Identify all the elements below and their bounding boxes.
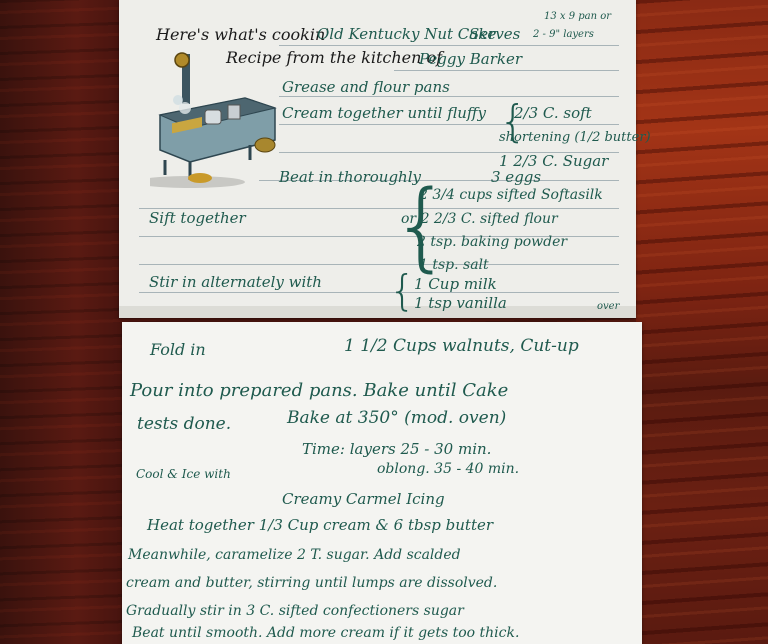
rule-line [139,292,619,293]
ingredient: 2/3 C. soft [514,106,592,121]
continued-note: over [597,302,619,312]
wood-table-right [636,0,768,644]
ingredient: 1 tsp vanilla [414,296,507,311]
step-text: Gradually stir in 3 C. sifted confection… [126,604,464,618]
pan-note: 13 x 9 pan or [544,12,611,22]
step-text: Time: layers 25 - 30 min. [302,442,491,457]
step-text: cream and butter, stirring until lumps a… [126,576,497,590]
step-text: tests done. [137,416,231,433]
step-instruction: Stir in alternately with [149,275,322,290]
cooking-label: Here's what's cookin' [156,27,330,43]
ingredient: shortening (1/2 butter) [499,131,651,144]
serves-label: Serves [469,27,520,42]
ingredient: 2 3/4 cups sifted Softasilk [419,188,603,202]
step-text: Meanwhile, caramelize 2 T. sugar. Add sc… [128,548,461,562]
kitchen-name: Peggy Barker [419,52,522,67]
icing-title: Creamy Carmel Icing [282,492,445,507]
step-instruction: Sift together [149,211,246,226]
rule-line [279,124,619,125]
ingredient: 1 2/3 C. Sugar [499,154,608,169]
step-text: Heat together 1/3 Cup cream & 6 tbsp but… [147,518,493,533]
rule-line [394,70,619,71]
serves-value: 2 - 9" layers [533,30,594,40]
ingredient: 3 eggs [491,170,541,185]
recipe-card-back: Fold in 1 1/2 Cups walnuts, Cut-up Pour … [122,322,642,644]
rule-line [279,45,619,46]
ingredient: 2 tsp. baking powder [417,235,567,249]
brace: { [389,266,416,315]
ingredient: 1 Cup milk [414,277,497,292]
step-instruction: Cream together until fluffy [282,106,486,121]
card-edge [119,306,636,318]
ingredient: 1 tsp. salt [419,258,489,272]
ingredient: or 2 2/3 C. sifted flour [401,212,558,226]
step-text: Beat until smooth. Add more cream if it … [132,626,519,640]
step-text: Fold in [150,342,206,358]
step-instruction: Grease and flour pans [282,80,450,95]
rule-line [139,264,619,265]
step-text: oblong. 35 - 40 min. [377,462,519,476]
step-text: Cool & Ice with [136,468,231,480]
rule-line [279,96,619,97]
step-text: Bake at 350° (mod. oven) [287,410,506,427]
antique-stove-icon [150,50,285,190]
step-text: 1 1/2 Cups walnuts, Cut-up [344,338,579,355]
step-text: Pour into prepared pans. Bake until Cake [130,382,508,400]
